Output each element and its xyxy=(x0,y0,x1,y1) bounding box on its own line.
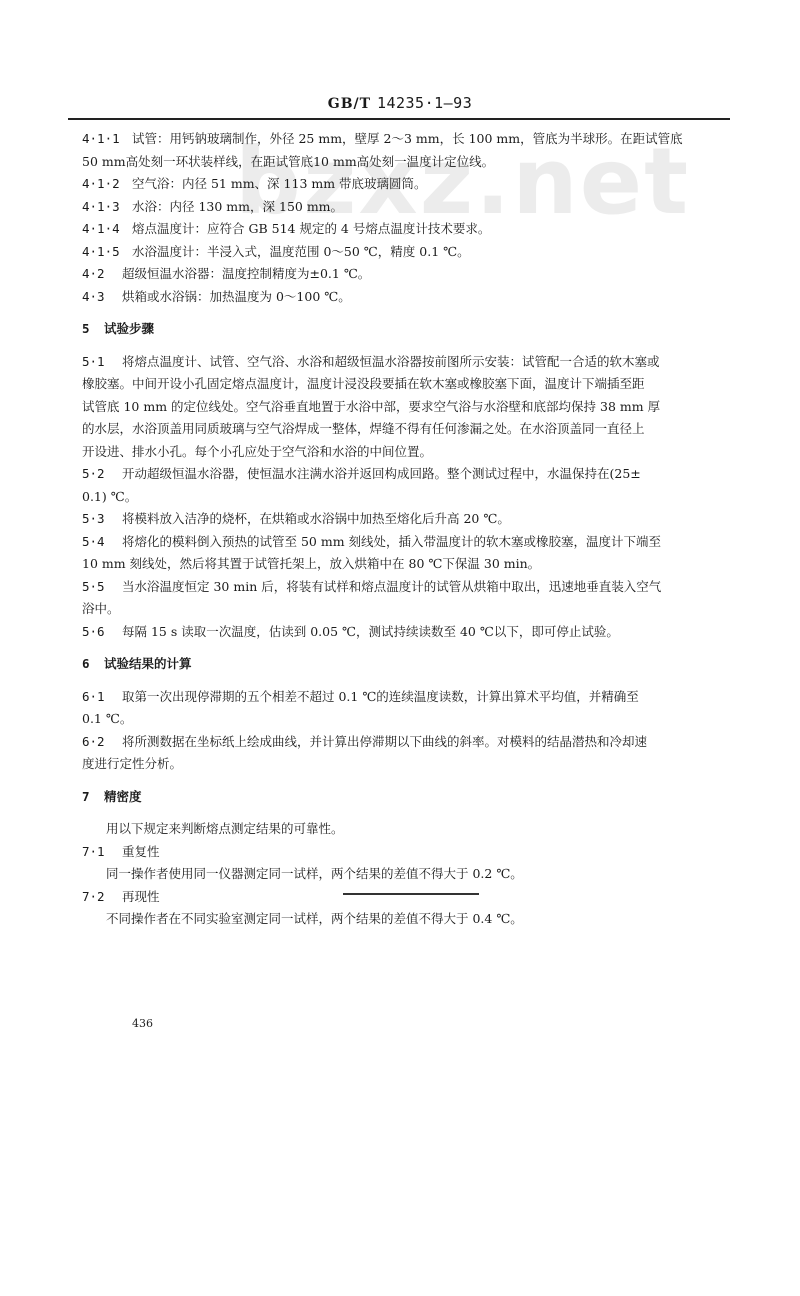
document-page: bzxz.net GB/T 14235·1—93 4·1·1试管：用钙钠玻璃制作… xyxy=(0,0,800,1296)
clause-number: 7·1 xyxy=(82,841,122,864)
clause-5-1-cont: 开设进、排水小孔。每个小孔应处于空气浴和水浴的中间位置。 xyxy=(82,441,722,464)
clause-7-1-text: 同一操作者使用同一仪器测定同一试样，两个结果的差值不得大于 0.2 ℃。 xyxy=(82,863,722,886)
section-4-items: 4·1·1试管：用钙钠玻璃制作，外径 25 mm，壁厚 2～3 mm，长 100… xyxy=(82,128,722,308)
section-title: 精密度 xyxy=(104,789,142,804)
clause-text: 水浴温度计：半浸入式，温度范围 0～50 ℃，精度 0.1 ℃。 xyxy=(132,244,470,259)
clause-number: 5·5 xyxy=(82,576,122,599)
clause-5-1-cont: 的水层，水浴顶盖用同质玻璃与空气浴焊成一整体，焊缝不得有任何渗漏之处。在水浴顶盖… xyxy=(82,418,722,441)
document-body: 4·1·1试管：用钙钠玻璃制作，外径 25 mm，壁厚 2～3 mm，长 100… xyxy=(82,128,722,931)
clause-4-1-4: 4·1·4熔点温度计：应符合 GB 514 规定的 4 号熔点温度计技术要求。 xyxy=(82,218,722,241)
clause-4-1-5: 4·1·5水浴温度计：半浸入式，温度范围 0～50 ℃，精度 0.1 ℃。 xyxy=(82,241,722,264)
clause-7-2-text: 不同操作者在不同实验室测定同一试样，两个结果的差值不得大于 0.4 ℃。 xyxy=(82,908,722,931)
section-5-heading: 5试验步骤 xyxy=(82,318,722,341)
clause-5-3: 5·3将模料放入洁净的烧杯，在烘箱或水浴锅中加热至熔化后升高 20 ℃。 xyxy=(82,508,722,531)
clause-number: 5·4 xyxy=(82,531,122,554)
clause-number: 5·1 xyxy=(82,351,122,374)
clause-number: 4·1·2 xyxy=(82,173,132,196)
section-6-heading: 6试验结果的计算 xyxy=(82,653,722,676)
page-number: 436 xyxy=(132,1017,153,1030)
clause-4-1-1: 4·1·1试管：用钙钠玻璃制作，外径 25 mm，壁厚 2～3 mm，长 100… xyxy=(82,128,722,151)
clause-text: 试管：用钙钠玻璃制作，外径 25 mm，壁厚 2～3 mm，长 100 mm，管… xyxy=(132,131,683,146)
clause-text: 将熔化的模料倒入预热的试管至 50 mm 刻线处，插入带温度计的软木塞或橡胶塞，… xyxy=(122,534,661,549)
clause-title: 重复性 xyxy=(122,844,160,859)
section-6-items: 6·1取第一次出现停滞期的五个相差不超过 0.1 ℃的连续温度读数，计算出算术平… xyxy=(82,686,722,776)
clause-4-3: 4·3烘箱或水浴锅：加热温度为 0～100 ℃。 xyxy=(82,286,722,309)
clause-6-1: 6·1取第一次出现停滞期的五个相差不超过 0.1 ℃的连续温度读数，计算出算术平… xyxy=(82,686,722,709)
clause-number: 4·1·4 xyxy=(82,218,132,241)
clause-text: 取第一次出现停滞期的五个相差不超过 0.1 ℃的连续温度读数，计算出算术平均值，… xyxy=(122,689,639,704)
clause-5-5-cont: 浴中。 xyxy=(82,598,722,621)
clause-text: 当水浴温度恒定 30 min 后，将装有试样和熔点温度计的试管从烘箱中取出，迅速… xyxy=(122,579,661,594)
clause-6-2: 6·2将所测数据在坐标纸上绘成曲线，并计算出停滞期以下曲线的斜率。对模料的结晶潜… xyxy=(82,731,722,754)
standard-code: 14235·1—93 xyxy=(377,94,472,112)
section-title: 试验结果的计算 xyxy=(104,656,192,671)
section-number: 7 xyxy=(82,786,104,809)
clause-5-5: 5·5当水浴温度恒定 30 min 后，将装有试样和熔点温度计的试管从烘箱中取出… xyxy=(82,576,722,599)
clause-text: 开动超级恒温水浴器，使恒温水注满水浴并返回构成回路。整个测试过程中，水温保持在(… xyxy=(122,466,641,481)
clause-7-2-heading: 7·2再现性 xyxy=(82,886,722,909)
clause-5-6: 5·6每隔 15 s 读取一次温度，估读到 0.05 ℃，测试持续读数至 40 … xyxy=(82,621,722,644)
clause-5-1: 5·1将熔点温度计、试管、空气浴、水浴和超级恒温水浴器按前图所示安装：试管配一合… xyxy=(82,351,722,374)
header-rule xyxy=(68,118,730,120)
clause-text: 超级恒温水浴器：温度控制精度为±0.1 ℃。 xyxy=(122,266,370,281)
clause-text: 将模料放入洁净的烧杯，在烘箱或水浴锅中加热至熔化后升高 20 ℃。 xyxy=(122,511,510,526)
clause-5-2: 5·2开动超级恒温水浴器，使恒温水注满水浴并返回构成回路。整个测试过程中，水温保… xyxy=(82,463,722,486)
clause-4-2: 4·2超级恒温水浴器：温度控制精度为±0.1 ℃。 xyxy=(82,263,722,286)
clause-7-1-heading: 7·1重复性 xyxy=(82,841,722,864)
clause-5-1-cont: 橡胶塞。中间开设小孔固定熔点温度计，温度计浸没段要插在软木塞或橡胶塞下面，温度计… xyxy=(82,373,722,396)
clause-5-4-cont: 10 mm 刻线处，然后将其置于试管托架上，放入烘箱中在 80 ℃下保温 30 … xyxy=(82,553,722,576)
clause-4-1-1-cont: 50 mm高处刻一环状装样线，在距试管底10 mm高处刻一温度计定位线。 xyxy=(82,151,722,174)
clause-number: 4·3 xyxy=(82,286,122,309)
clause-text: 将熔点温度计、试管、空气浴、水浴和超级恒温水浴器按前图所示安装：试管配一合适的软… xyxy=(122,354,660,369)
clause-number: 4·1·1 xyxy=(82,128,132,151)
clause-number: 6·2 xyxy=(82,731,122,754)
clause-number: 5·6 xyxy=(82,621,122,644)
clause-number: 7·2 xyxy=(82,886,122,909)
clause-number: 4·2 xyxy=(82,263,122,286)
clause-number: 4·1·5 xyxy=(82,241,132,264)
clause-4-1-2: 4·1·2空气浴：内径 51 mm、深 113 mm 带底玻璃圆筒。 xyxy=(82,173,722,196)
section-title: 试验步骤 xyxy=(104,321,154,336)
clause-text: 水浴：内径 130 mm，深 150 mm。 xyxy=(132,199,343,214)
section-7-intro: 用以下规定来判断熔点测定结果的可靠性。 xyxy=(82,818,722,841)
clause-5-2-cont: 0.1) ℃。 xyxy=(82,486,722,509)
clause-number: 5·2 xyxy=(82,463,122,486)
clause-6-1-cont: 0.1 ℃。 xyxy=(82,708,722,731)
section-5-items: 5·1将熔点温度计、试管、空气浴、水浴和超级恒温水浴器按前图所示安装：试管配一合… xyxy=(82,351,722,644)
clause-text: 烘箱或水浴锅：加热温度为 0～100 ℃。 xyxy=(122,289,351,304)
clause-number: 6·1 xyxy=(82,686,122,709)
section-number: 5 xyxy=(82,318,104,341)
clause-text: 将所测数据在坐标纸上绘成曲线，并计算出停滞期以下曲线的斜率。对模料的结晶潜热和冷… xyxy=(122,734,647,749)
section-number: 6 xyxy=(82,653,104,676)
end-of-document-rule xyxy=(343,893,479,895)
section-7-heading: 7精密度 xyxy=(82,786,722,809)
clause-6-2-cont: 度进行定性分析。 xyxy=(82,753,722,776)
clause-4-1-3: 4·1·3水浴：内径 130 mm，深 150 mm。 xyxy=(82,196,722,219)
clause-5-1-cont: 试管底 10 mm 的定位线处。空气浴垂直地置于水浴中部，要求空气浴与水浴壁和底… xyxy=(82,396,722,419)
clause-text: 每隔 15 s 读取一次温度，估读到 0.05 ℃，测试持续读数至 40 ℃以下… xyxy=(122,624,619,639)
clause-5-4: 5·4将熔化的模料倒入预热的试管至 50 mm 刻线处，插入带温度计的软木塞或橡… xyxy=(82,531,722,554)
clause-title: 再现性 xyxy=(122,889,160,904)
page-header: GB/T 14235·1—93 xyxy=(0,94,800,112)
standard-prefix: GB/T xyxy=(328,96,371,112)
clause-text: 空气浴：内径 51 mm、深 113 mm 带底玻璃圆筒。 xyxy=(132,176,427,191)
clause-number: 4·1·3 xyxy=(82,196,132,219)
clause-number: 5·3 xyxy=(82,508,122,531)
section-7-items: 用以下规定来判断熔点测定结果的可靠性。 7·1重复性 同一操作者使用同一仪器测定… xyxy=(82,818,722,931)
clause-text: 熔点温度计：应符合 GB 514 规定的 4 号熔点温度计技术要求。 xyxy=(132,221,490,236)
